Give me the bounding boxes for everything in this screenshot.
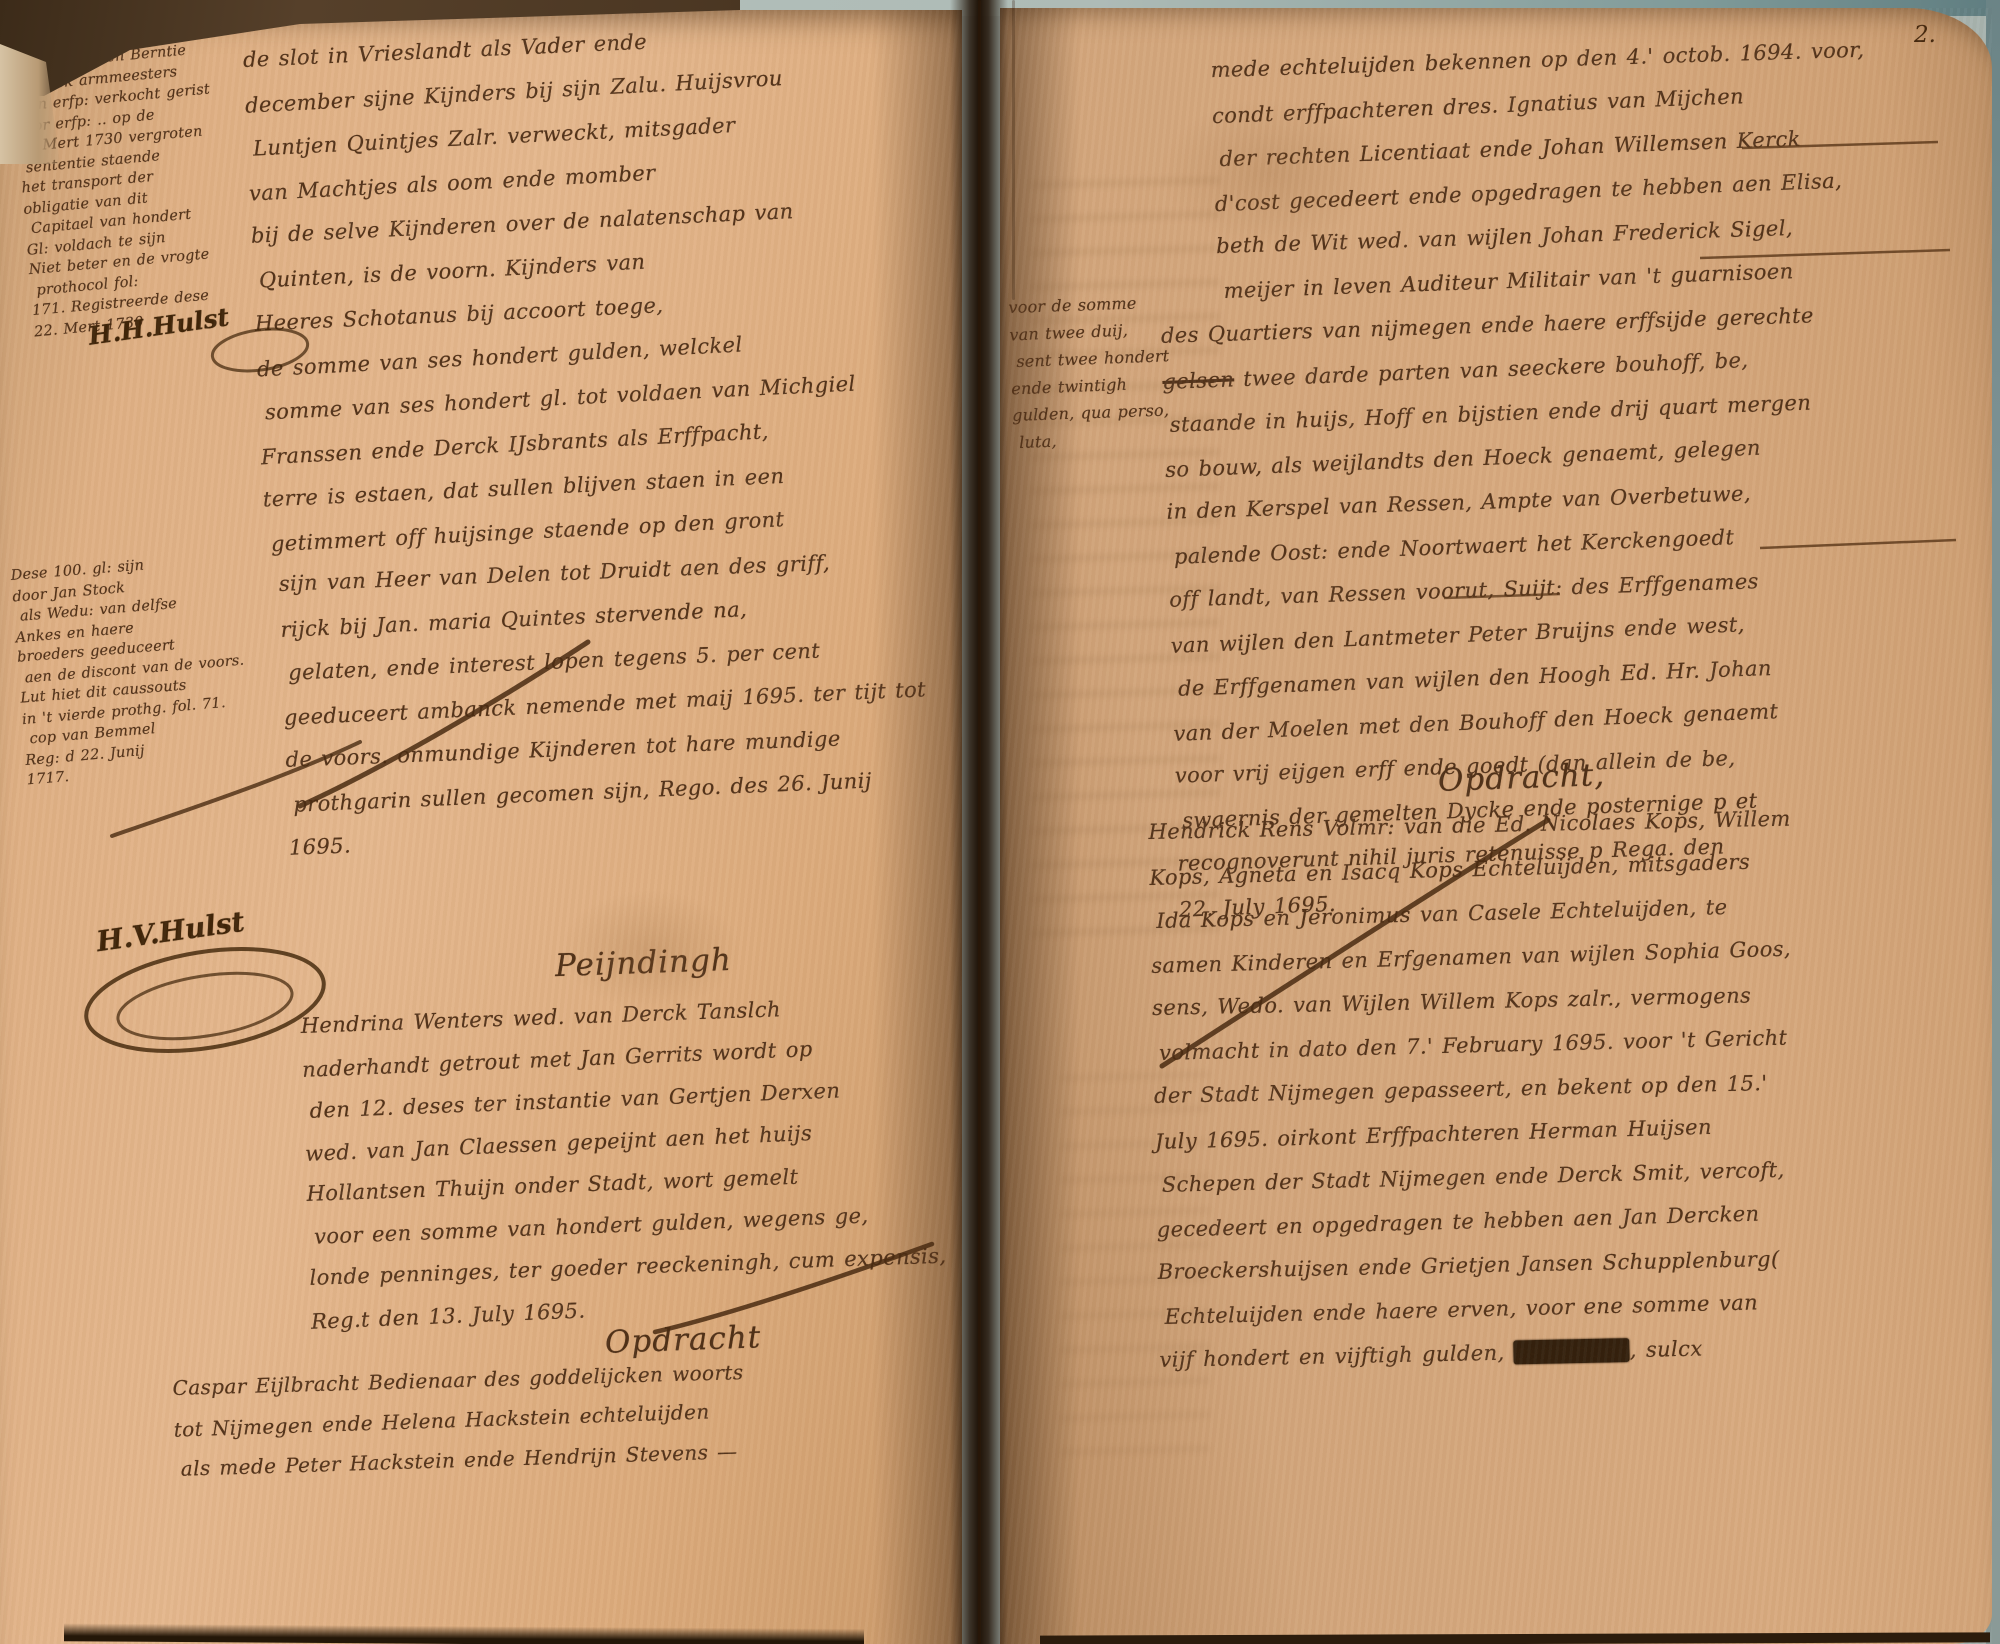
right-margin-notes-1: voor de sommevan twee duij,sent twee hon… xyxy=(1008,289,1170,456)
folio-number: 2. xyxy=(1914,22,1936,48)
left-entry-1: de slot in Vrieslandt als Vader endedece… xyxy=(242,11,857,565)
manuscript-line: luta, xyxy=(1019,423,1177,456)
right-page: 2. mede echteluijden bekennen op den 4.'… xyxy=(1000,8,1992,1644)
left-margin-notes-2: Dese 100. gl: sijndoor Jan Stockals Wedu… xyxy=(10,549,247,791)
manuscript-photo: Geurt Hulst en Berntievan Eck armmeester… xyxy=(0,0,2000,1644)
blotted-word: penningen xyxy=(1513,1338,1630,1364)
right-entry-2: Hendrick Rens Volmr: van die Ed. Nicolae… xyxy=(1148,797,1802,1382)
left-entry-2: sijn van Heer van Delen tot Druidt aen d… xyxy=(278,537,932,869)
binding-fold-line xyxy=(1012,0,1015,300)
left-page: Geurt Hulst en Berntievan Eck armmeester… xyxy=(0,10,962,1644)
struck-word: gelsen xyxy=(1162,367,1235,394)
left-entry-4: Caspar Eijlbracht Bedienaar des goddelij… xyxy=(172,1352,746,1488)
binding-fold-line xyxy=(978,0,981,1644)
left-entry-3: Hendrina Wenters wed. van Derck Tanslchn… xyxy=(300,983,949,1341)
section-heading-opdracht-right: Opdracht, xyxy=(1437,757,1605,799)
clerk-signature-2: H.V.Hulst xyxy=(94,905,246,958)
section-heading-peijndingh: Peijndingh xyxy=(554,942,732,984)
